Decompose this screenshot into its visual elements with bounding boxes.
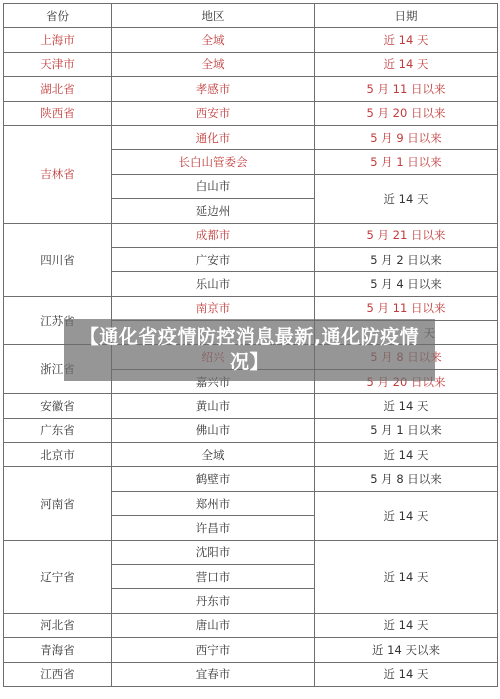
region-cell: 延边州 <box>112 199 315 223</box>
table-row: 河北省 唐山市 近 14 天 <box>4 613 498 637</box>
province-cell: 辽宁省 <box>4 540 112 613</box>
region-cell: 宜春市 <box>112 662 315 686</box>
table-row: 辽宁省 沈阳市 近 14 天 <box>4 540 498 564</box>
province-cell: 陕西省 <box>4 101 112 125</box>
table-row: 江西省 宜春市 近 14 天 <box>4 662 498 686</box>
region-cell: 全域 <box>112 28 315 52</box>
banner-title: 【通化省疫情防控消息最新,通化防疫情况】 <box>64 325 435 375</box>
region-cell: 孝感市 <box>112 77 315 101</box>
province-cell: 上海市 <box>4 28 112 52</box>
region-cell: 全域 <box>112 443 315 467</box>
table-row: 吉林省 通化市 5 月 9 日以来 <box>4 125 498 149</box>
province-cell: 四川省 <box>4 223 112 296</box>
region-cell: 郑州市 <box>112 491 315 515</box>
date-cell: 近 14 天 <box>315 52 498 76</box>
region-cell: 通化市 <box>112 125 315 149</box>
region-cell: 沈阳市 <box>112 540 315 564</box>
date-cell: 5 月 11 日以来 <box>315 296 498 320</box>
date-cell: 近 14 天 <box>315 662 498 686</box>
date-cell: 近 14 天 <box>315 540 498 613</box>
table-row: 安徽省 黄山市 近 14 天 <box>4 394 498 418</box>
region-cell: 鹤壁市 <box>112 467 315 491</box>
region-cell: 佛山市 <box>112 418 315 442</box>
date-cell: 近 14 天 <box>315 174 498 223</box>
date-cell: 5 月 4 日以来 <box>315 272 498 296</box>
province-cell: 江西省 <box>4 662 112 686</box>
province-cell: 湖北省 <box>4 77 112 101</box>
date-cell: 5 月 9 日以来 <box>315 125 498 149</box>
table-row: 上海市 全域 近 14 天 <box>4 28 498 52</box>
table-header-row: 省份 地区 日期 <box>4 4 498 28</box>
date-cell: 近 14 天 <box>315 613 498 637</box>
header-date: 日期 <box>315 4 498 28</box>
date-cell: 5 月 8 日以来 <box>315 467 498 491</box>
table-row: 江苏省 南京市 5 月 11 日以来 <box>4 296 498 320</box>
province-cell: 青海省 <box>4 638 112 662</box>
region-cell: 长白山管委会 <box>112 150 315 174</box>
province-cell: 广东省 <box>4 418 112 442</box>
date-cell: 5 月 11 日以来 <box>315 77 498 101</box>
table-row: 青海省 西宁市 近 14 天以来 <box>4 638 498 662</box>
table-row: 天津市 全域 近 14 天 <box>4 52 498 76</box>
region-cell: 成都市 <box>112 223 315 247</box>
region-cell: 唐山市 <box>112 613 315 637</box>
table-row: 四川省 成都市 5 月 21 日以来 <box>4 223 498 247</box>
province-cell: 河南省 <box>4 467 112 540</box>
region-cell: 黄山市 <box>112 394 315 418</box>
region-cell: 丹东市 <box>112 589 315 613</box>
date-cell: 近 14 天 <box>315 443 498 467</box>
region-cell: 全域 <box>112 52 315 76</box>
date-cell: 5 月 20 日以来 <box>315 101 498 125</box>
region-cell: 乐山市 <box>112 272 315 296</box>
region-cell: 营口市 <box>112 564 315 588</box>
date-cell: 5 月 1 日以来 <box>315 418 498 442</box>
table-row: 河南省 鹤壁市 5 月 8 日以来 <box>4 467 498 491</box>
region-cell: 广安市 <box>112 247 315 271</box>
province-cell: 安徽省 <box>4 394 112 418</box>
region-cell: 西安市 <box>112 101 315 125</box>
table-row: 北京市 全域 近 14 天 <box>4 443 498 467</box>
province-cell: 河北省 <box>4 613 112 637</box>
province-cell: 天津市 <box>4 52 112 76</box>
region-cell: 南京市 <box>112 296 315 320</box>
table-row: 湖北省 孝感市 5 月 11 日以来 <box>4 77 498 101</box>
header-region: 地区 <box>112 4 315 28</box>
date-cell: 近 14 天以来 <box>315 638 498 662</box>
date-cell: 近 14 天 <box>315 28 498 52</box>
date-cell: 近 14 天 <box>315 394 498 418</box>
date-cell: 近 14 天 <box>315 491 498 540</box>
region-cell: 白山市 <box>112 174 315 198</box>
region-cell: 许昌市 <box>112 516 315 540</box>
date-cell: 5 月 1 日以来 <box>315 150 498 174</box>
province-cell: 吉林省 <box>4 125 112 223</box>
date-cell: 5 月 21 日以来 <box>315 223 498 247</box>
title-overlay-banner: 【通化省疫情防控消息最新,通化防疫情况】 <box>64 319 435 381</box>
table-row: 陕西省 西安市 5 月 20 日以来 <box>4 101 498 125</box>
region-cell: 西宁市 <box>112 638 315 662</box>
header-province: 省份 <box>4 4 112 28</box>
table-row: 广东省 佛山市 5 月 1 日以来 <box>4 418 498 442</box>
province-cell: 北京市 <box>4 443 112 467</box>
date-cell: 5 月 2 日以来 <box>315 247 498 271</box>
